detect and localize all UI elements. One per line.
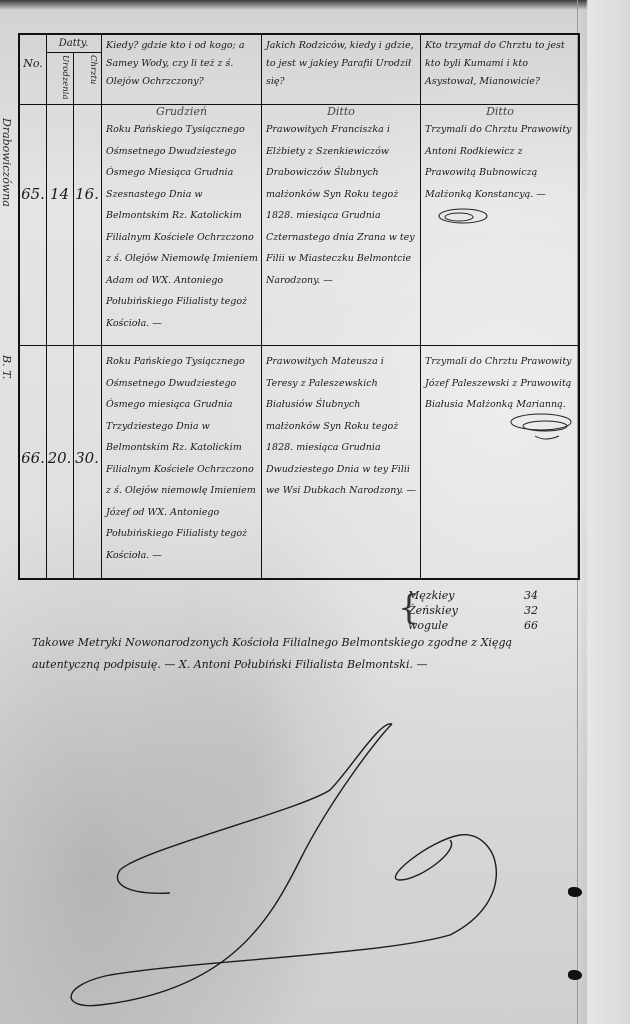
page-mark-flourish-icon — [0, 0, 630, 1024]
